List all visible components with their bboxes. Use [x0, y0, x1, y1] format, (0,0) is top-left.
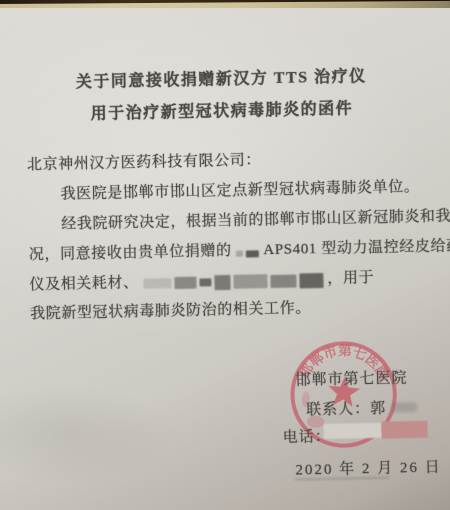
body-line-5: 我院新型冠状病毒肺炎防治的相关工作。 [30, 296, 311, 323]
signature-contact-line: 联系人：郭 [306, 396, 417, 419]
signature-hospital: 邯郸市第七医院 [295, 366, 407, 389]
document-photo: 关于同意接收捐赠新汉方 TTS 治疗仪 用于治疗新型冠状病毒肺炎的函件 北京神州… [0, 0, 450, 510]
redaction-small [236, 250, 259, 257]
body-line-3-pre: 况，同意接收由贵单位捐赠的 [29, 243, 232, 263]
body-line-2: 经我院研究决定，根据当前的邯郸市邯山区新冠肺炎和我院的情 [61, 203, 450, 233]
letter-title-line2: 用于治疗新型冠状病毒肺炎的函件 [0, 93, 447, 125]
body-line-3-post: APS401 型动力温控经皮给药治疗 [263, 237, 450, 258]
letter-content: 关于同意接收捐赠新汉方 TTS 治疗仪 用于治疗新型冠状病毒肺炎的函件 北京神州… [0, 3, 450, 510]
body-line-4-post: ，用于 [327, 270, 374, 287]
body-line-1: 我医院是邯郸市邯山区定点新型冠状病毒肺炎单位。 [60, 175, 419, 204]
letter-title-line1: 关于同意接收捐赠新汉方 TTS 治疗仪 [0, 61, 446, 93]
phone-redaction-light [323, 423, 381, 439]
salutation: 北京神州汉方医药科技有限公司： [27, 148, 261, 174]
body-line-4: 仪及相关耗材、 ，用于 [29, 266, 374, 294]
signature-date: 2020 年 2 月 26 日 [295, 456, 442, 480]
body-line-4-pre: 仪及相关耗材、 [29, 275, 139, 293]
redaction-blocks [143, 272, 323, 291]
contact-label: 联系人：郭 [306, 401, 386, 419]
phone-redaction-pink [381, 421, 427, 439]
letter-paper: 关于同意接收捐赠新汉方 TTS 治疗仪 用于治疗新型冠状病毒肺炎的函件 北京神州… [0, 8, 450, 510]
body-line-3: 况，同意接收由贵单位捐赠的 APS401 型动力温控经皮给药治疗 [29, 233, 450, 264]
contact-redaction-smudge [391, 402, 417, 413]
